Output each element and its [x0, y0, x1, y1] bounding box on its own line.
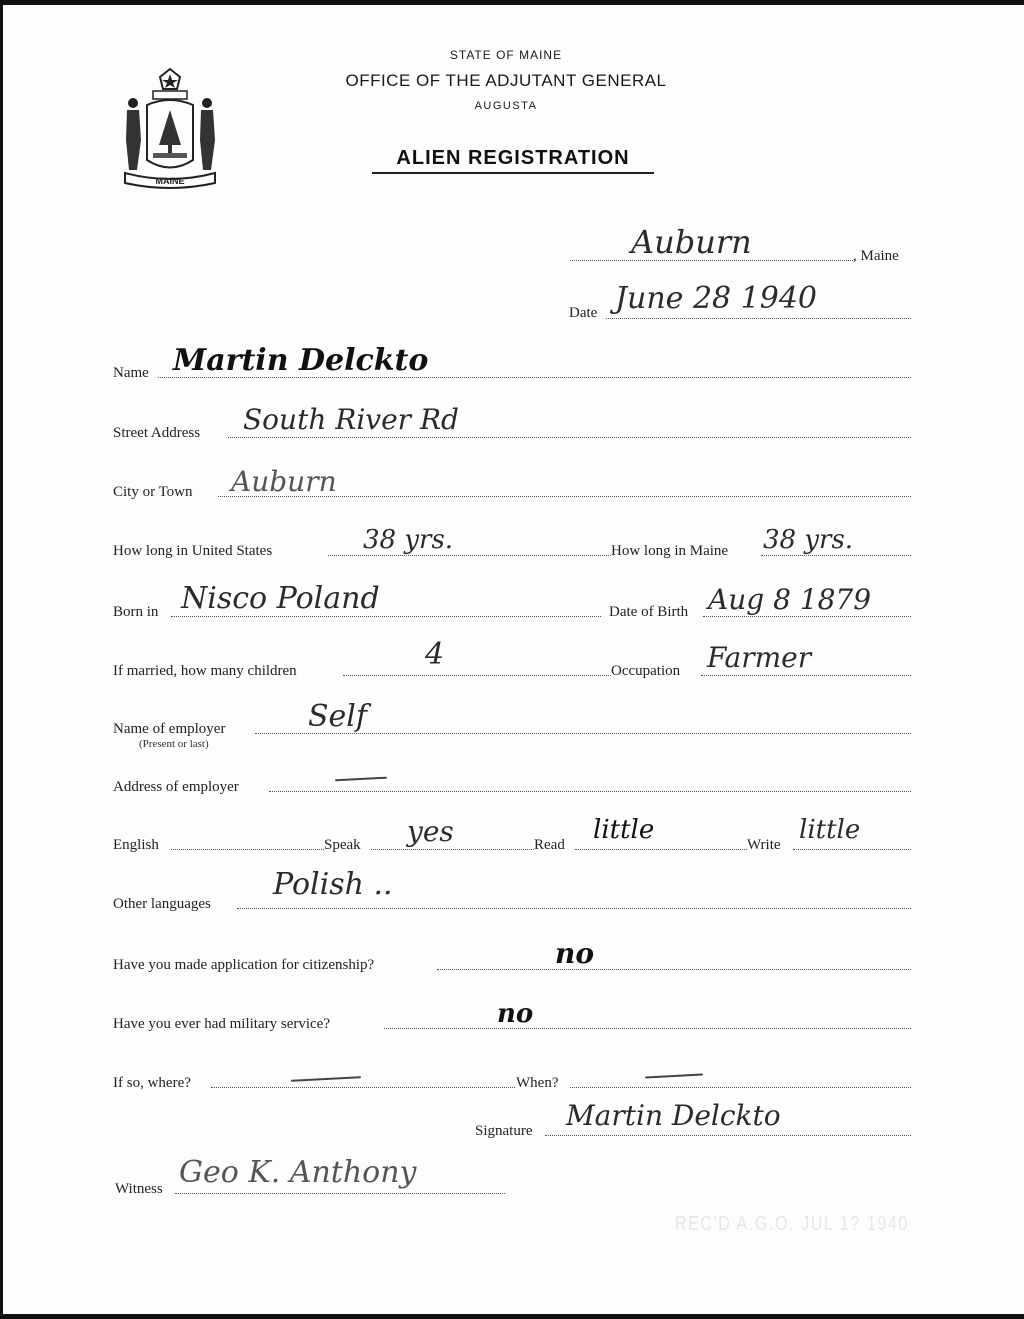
witness-line [175, 1193, 505, 1194]
read-label: Read [534, 837, 565, 854]
years-us-line [328, 555, 611, 556]
years-us-value[interactable]: 38 yrs. [363, 525, 453, 555]
write-line [793, 849, 911, 850]
military-label: Have you ever had military service? [113, 1016, 330, 1033]
city-value[interactable]: Auburn [231, 465, 337, 498]
place-value[interactable]: Auburn [631, 223, 752, 261]
speak-value[interactable]: yes [407, 815, 454, 848]
city-label: City or Town [113, 484, 193, 501]
employer-address-label: Address of employer [113, 779, 239, 796]
date-line [606, 318, 911, 319]
form-title: ALIEN REGISTRATION [372, 147, 654, 174]
street-line [228, 437, 911, 438]
occupation-value[interactable]: Farmer [707, 641, 811, 674]
citizenship-value[interactable]: no [555, 937, 594, 970]
place-suffix: , Maine [853, 248, 899, 265]
header-state: STATE OF MAINE [0, 48, 1018, 62]
citizenship-line [437, 969, 911, 970]
employer-sublabel: (Present or last) [139, 738, 209, 750]
english-label: English [113, 837, 159, 854]
children-line [343, 675, 611, 676]
military-value[interactable]: no [497, 999, 533, 1029]
occupation-label: Occupation [611, 663, 680, 680]
employer-address-line [269, 791, 911, 792]
when-label: When? [516, 1075, 558, 1092]
svg-text:MAINE: MAINE [156, 176, 185, 186]
signature-line [545, 1135, 911, 1136]
where-value[interactable] [291, 1076, 361, 1082]
years-maine-label: How long in Maine [611, 543, 728, 560]
header-city: AUGUSTA [0, 100, 1018, 112]
signature-label: Signature [475, 1123, 533, 1140]
registration-form-page: MAINE STATE OF MAINE OFFICE OF THE ADJUT… [3, 5, 1024, 1314]
when-value[interactable] [645, 1073, 703, 1078]
other-languages-line [237, 908, 911, 909]
children-label: If married, how many children [113, 663, 297, 680]
witness-value[interactable]: Geo K. Anthony [179, 1155, 417, 1190]
where-label: If so, where? [113, 1075, 191, 1092]
employer-label: Name of employer [113, 721, 225, 738]
speak-line [371, 849, 534, 850]
years-us-label: How long in United States [113, 543, 272, 560]
received-stamp: REC'D A.G.O. JUL 1? 1940 [675, 1213, 909, 1236]
born-in-value[interactable]: Nisco Poland [181, 581, 380, 616]
born-in-line [171, 616, 601, 617]
other-languages-value[interactable]: Polish .. [273, 867, 393, 902]
name-value[interactable]: Martin Delckto [173, 343, 428, 378]
signature-value[interactable]: Martin Delckto [566, 1099, 781, 1132]
english-line [171, 849, 324, 850]
occupation-line [701, 675, 911, 676]
witness-label: Witness [115, 1181, 163, 1198]
read-value[interactable]: little [593, 815, 654, 845]
dob-line [703, 616, 911, 617]
employer-value[interactable]: Self [308, 699, 367, 734]
born-in-label: Born in [113, 604, 158, 621]
name-label: Name [113, 365, 149, 382]
dob-label: Date of Birth [609, 604, 688, 621]
write-value[interactable]: little [799, 815, 860, 845]
speak-label: Speak [324, 837, 361, 854]
street-value[interactable]: South River Rd [243, 403, 459, 436]
where-line [211, 1087, 515, 1088]
dob-value[interactable]: Aug 8 1879 [708, 583, 871, 616]
military-line [384, 1028, 911, 1029]
write-label: Write [747, 837, 781, 854]
when-line [570, 1087, 911, 1088]
years-maine-value[interactable]: 38 yrs. [763, 525, 853, 555]
date-value[interactable]: June 28 1940 [615, 281, 817, 316]
header-office: OFFICE OF THE ADJUTANT GENERAL [0, 71, 1018, 91]
employer-address-value[interactable] [335, 777, 387, 782]
other-languages-label: Other languages [113, 896, 211, 913]
street-label: Street Address [113, 425, 200, 442]
read-line [575, 849, 747, 850]
years-maine-line [761, 555, 911, 556]
children-value[interactable]: 4 [425, 637, 444, 672]
date-label: Date [569, 305, 597, 322]
citizenship-label: Have you made application for citizenshi… [113, 957, 374, 974]
